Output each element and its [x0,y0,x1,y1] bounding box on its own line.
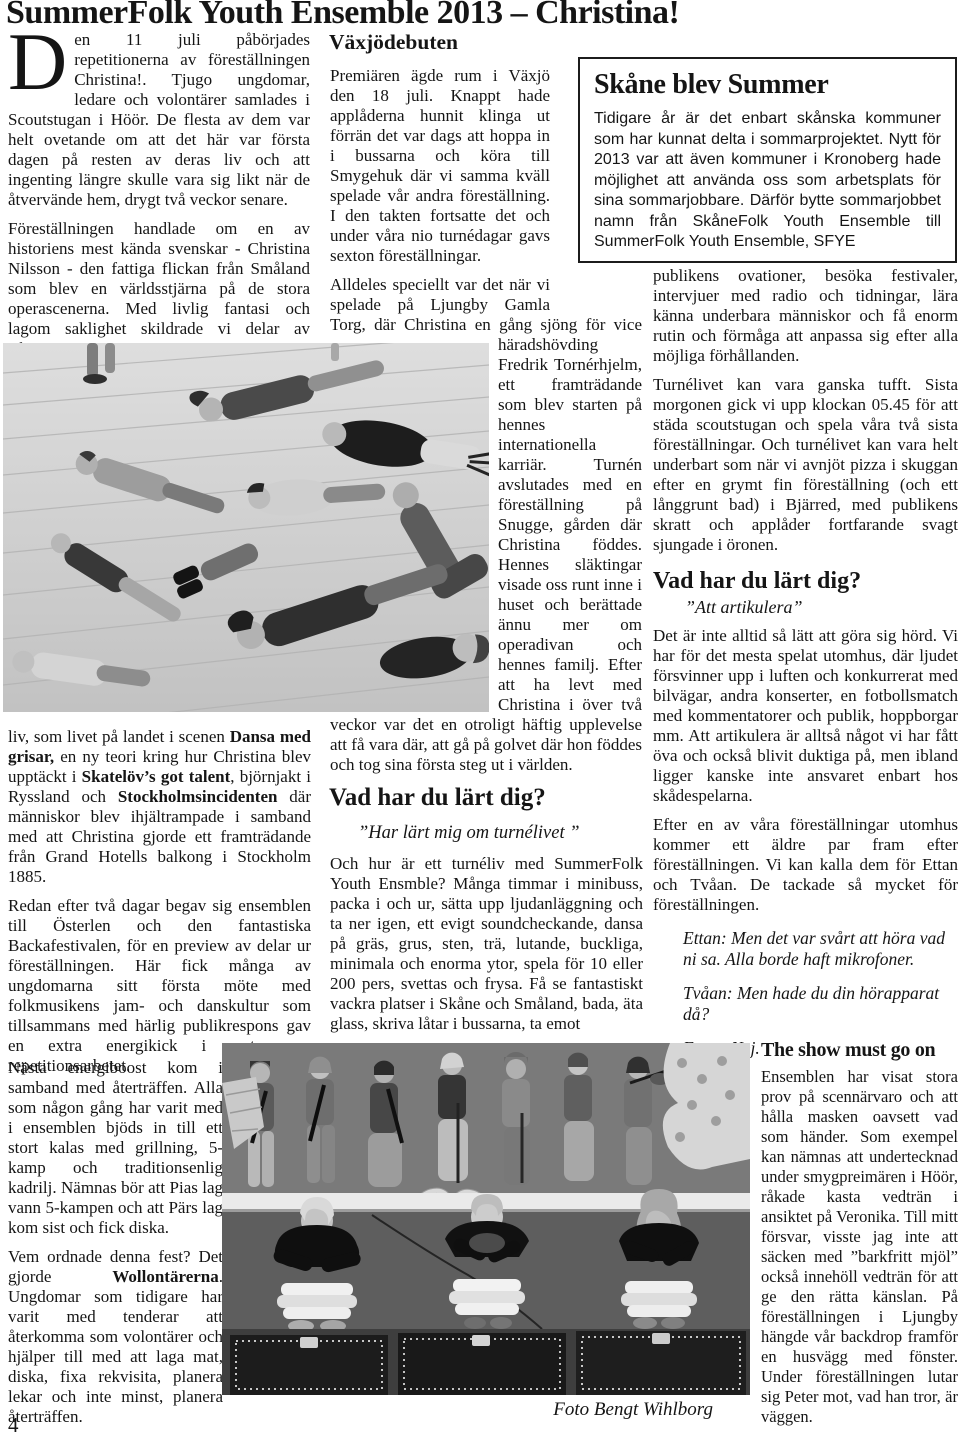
dialogue-line: Tvåan: Men hade du din hörapparat då? [683,983,958,1025]
bold-run: Skatelöv’s got talent [82,767,231,786]
photo-caption: Foto Bengt Wihlborg [460,1399,713,1421]
section-heading-the-show-must-go-on: The show must go on [761,1040,958,1060]
paragraph: Det är inte alltid så lätt att göra sig … [653,626,958,806]
paragraph: Turnélivet kan vara ganska tufft. Sista … [653,375,958,555]
bold-run: Stockholmsincidenten [118,787,278,806]
section-heading-vad-har-du-lart-dig-2: Vad har du lärt dig? [653,571,958,591]
lead-paragraph: Den 11 juli påbörjades repetitionerna av… [8,30,310,210]
pull-quote: ”Har lärt mig om turnélivet ” [358,823,580,844]
paragraph: publikens ovationer, besöka festivaler, … [653,266,958,366]
paragraph: liv, som livet på landet i scenen Dansa … [8,727,311,887]
costume-trunks [230,1331,746,1395]
text-run: liv, som livet på landet i scenen [8,727,230,746]
right-column-bottom: The show must go on Ensemblen har visat … [761,1040,958,1427]
paragraph: Alldeles speciellt var det när vi spelad… [330,275,642,775]
page-title: SummerFolk Youth Ensemble 2013 – Christi… [6,0,679,32]
page-number: 4 [8,1413,19,1438]
sidebar-box-heading: Skåne blev Summer [594,69,941,101]
middle-column-bottom: Och hur är ett turnéliv med SummerFolk Y… [330,854,643,1034]
dialogue-line: Ettan: Men det var svårt att höra vad ni… [683,928,958,970]
paragraph: Och hur är ett turnéliv med SummerFolk Y… [330,854,643,1034]
bold-run: Wollontärerna [112,1267,218,1286]
newsletter-page: SummerFolk Youth Ensemble 2013 – Christi… [0,0,960,1440]
sidebar-box-body: Tidigare år är det enbart skånska kommun… [594,109,941,253]
paragraph: Föreställningen handlade om en av histor… [8,219,310,359]
paragraph: Vem ordnade denna fest? Det gjorde Wollo… [8,1247,223,1427]
section-heading-vad-har-du-lart-dig: Vad har du lärt dig? [329,784,546,812]
drop-cap: D [8,30,74,91]
paragraph: Ensemblen har visat stora prov på scennä… [761,1067,958,1427]
text-run: . Ungdomar som tidigare har varit med te… [8,1267,223,1426]
right-column: publikens ovationer, besöka festivaler, … [653,266,958,1059]
left-column-bottom: Nästa energiboost kom i samband med åter… [8,1058,223,1427]
performance-photo [222,1043,750,1395]
pull-quote: ”Att artikulera” [685,597,958,618]
sidebar-box-skane-blev-summer: Skåne blev Summer Tidigare år är det enb… [578,57,957,263]
paragraph: Efter en av våra föreställningar utomhus… [653,815,958,915]
paragraph: Nästa energiboost kom i samband med åter… [8,1058,223,1238]
section-heading-vaxjodebuten: Växjödebuten [329,30,458,55]
left-column-middle: liv, som livet på landet i scenen Dansa … [8,727,311,1076]
left-column-top: Den 11 juli påbörjades repetitionerna av… [8,30,310,359]
